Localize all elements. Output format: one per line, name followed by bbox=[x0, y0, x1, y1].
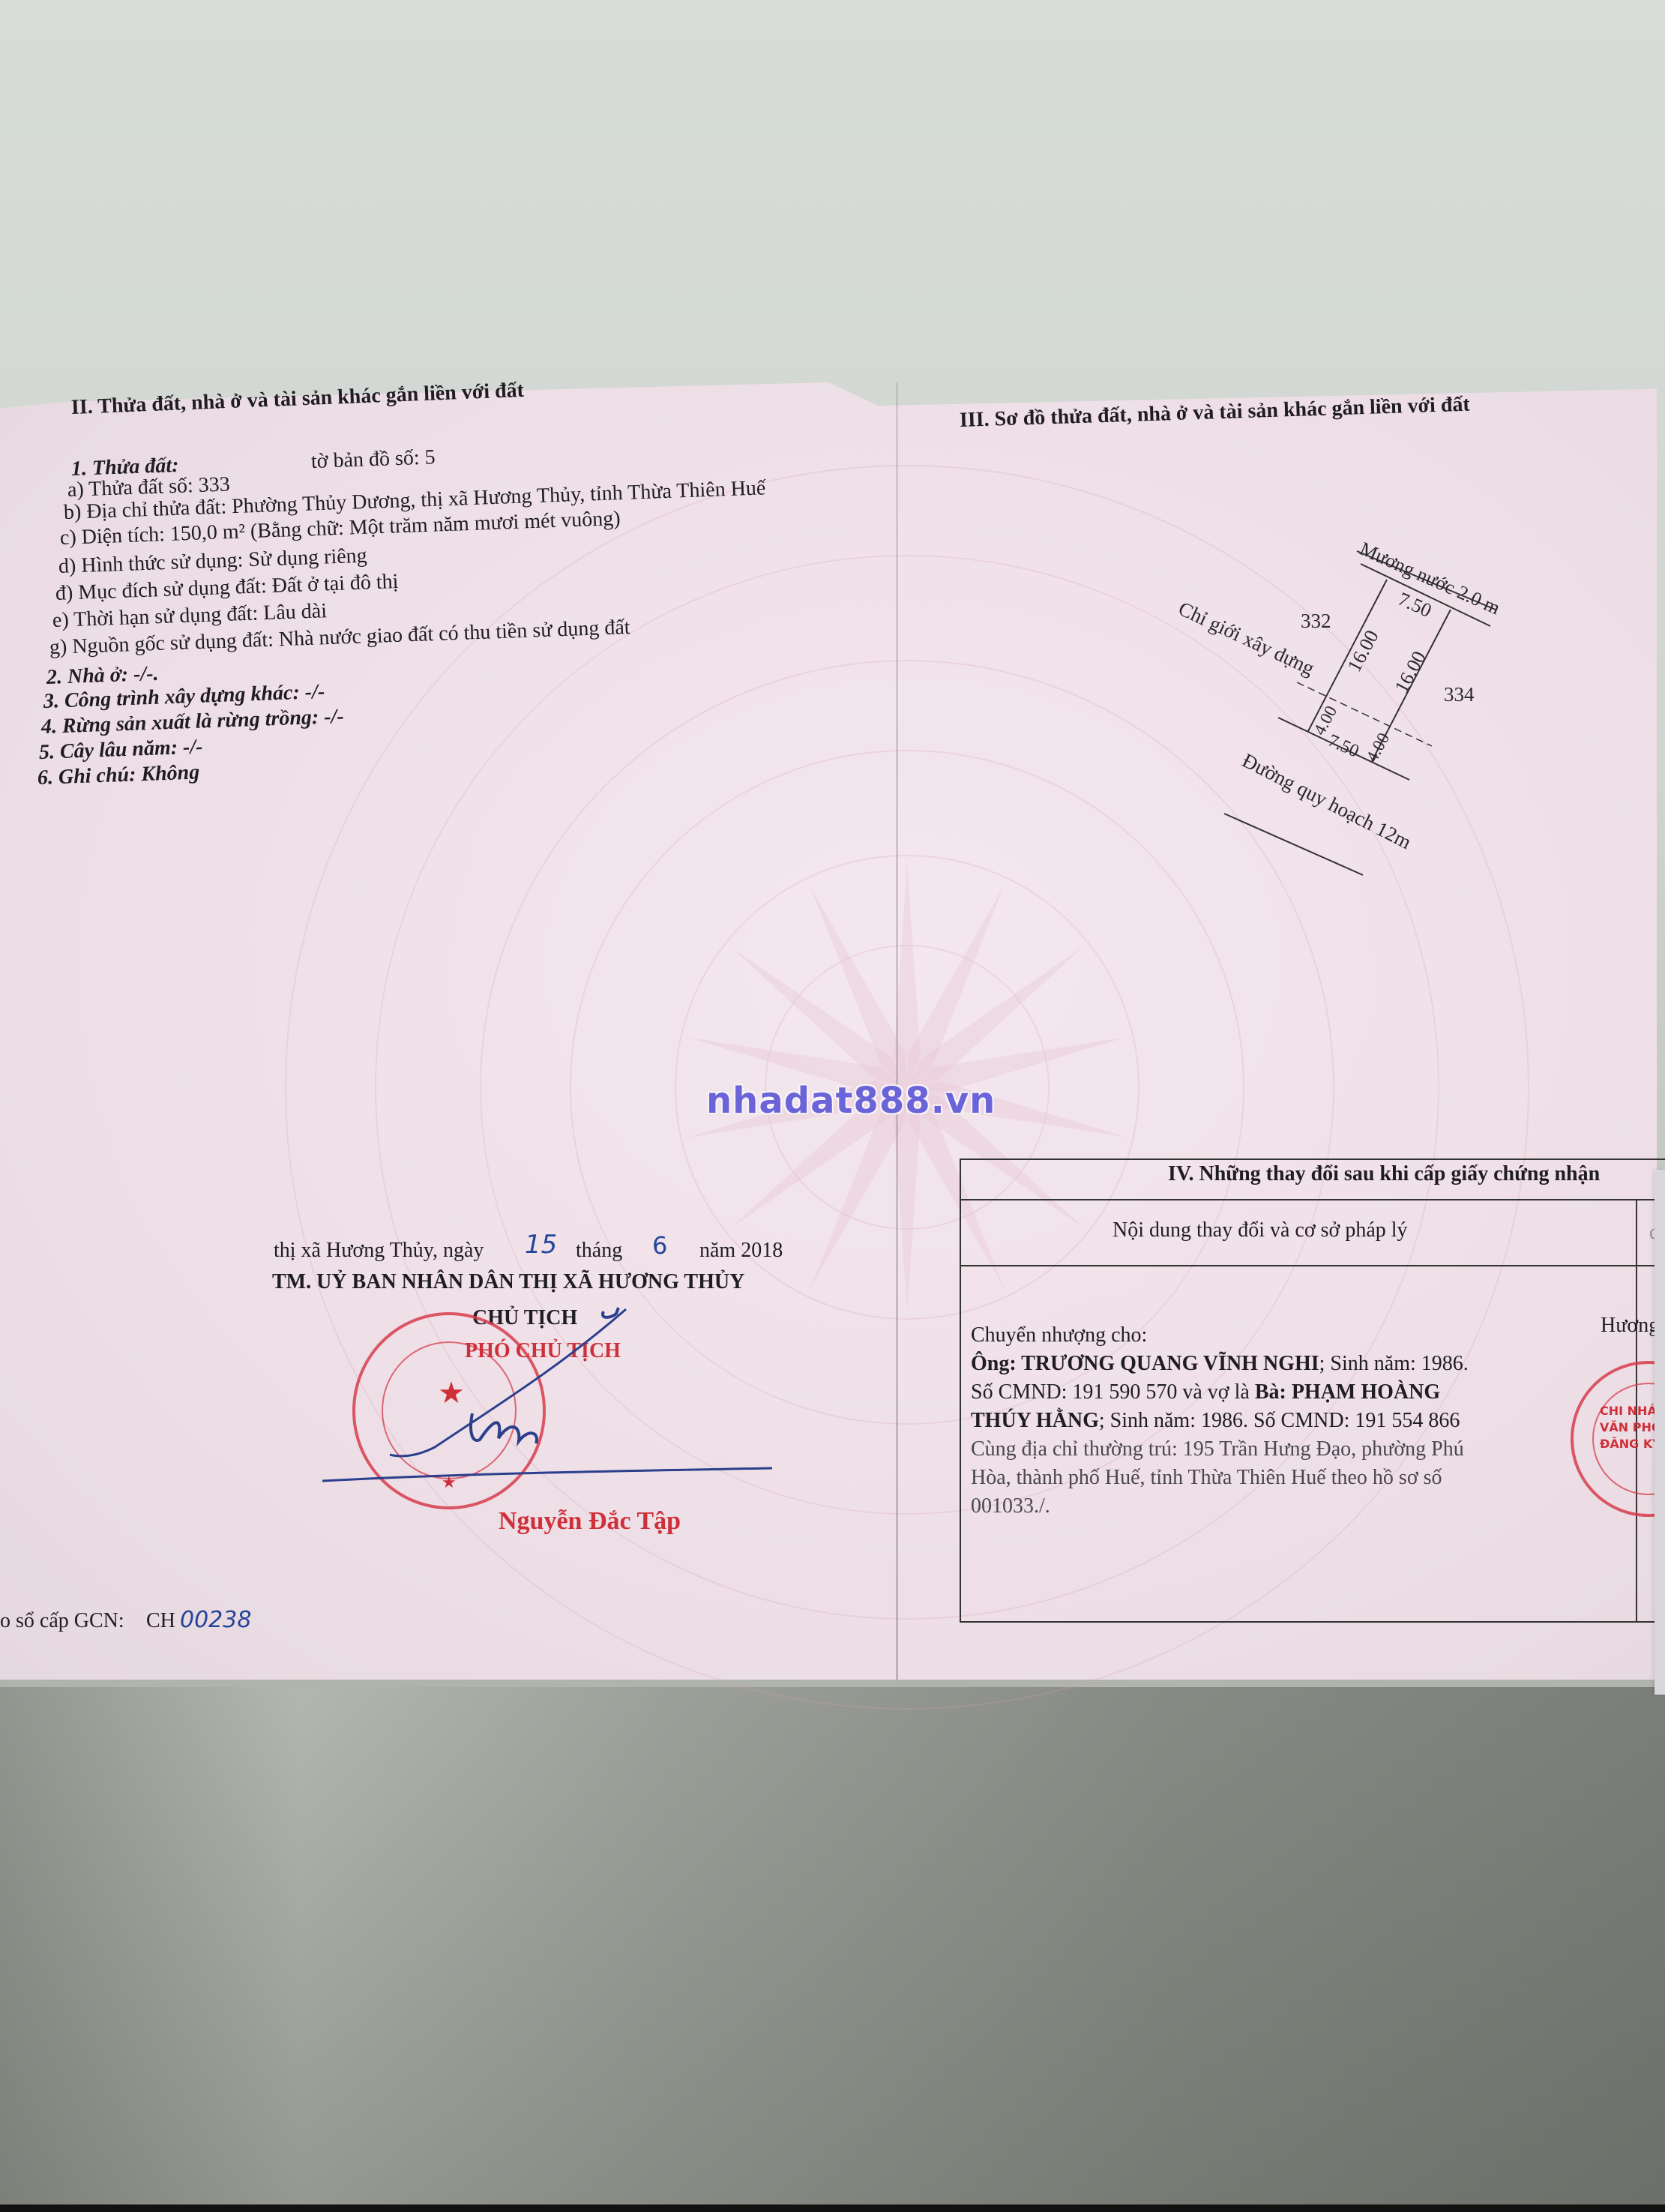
bottom-width-label: 7.50 bbox=[1325, 731, 1362, 762]
gcn-prefix: CH bbox=[146, 1609, 175, 1633]
changes-column-header: Nội dung thay đổi và cơ sở pháp lý bbox=[1112, 1218, 1408, 1242]
page-fold bbox=[896, 382, 898, 1680]
road-label: Đường quy hoạch 12m bbox=[1238, 749, 1415, 854]
spouse-name-part2: THÚY HẰNG bbox=[971, 1409, 1099, 1432]
buyer-name: Ông: TRƯƠNG QUANG VĨNH NGHI bbox=[971, 1352, 1319, 1375]
entry-line3: Số CMND: 191 590 570 và vợ là Bà: PHẠM H… bbox=[971, 1380, 1440, 1404]
spouse-details: ; Sinh năm: 1986. Số CMND: 191 554 866 bbox=[1099, 1409, 1460, 1432]
map-sheet-number: tờ bản đồ số: 5 bbox=[310, 445, 436, 474]
place-date-prefix: thị xã Hương Thủy, ngày bbox=[274, 1239, 484, 1263]
entry-line7: 001033./. bbox=[971, 1494, 1050, 1518]
entry-line5: Cùng địa chỉ thường trú: 195 Trần Hưng Đ… bbox=[971, 1437, 1464, 1461]
entry-line2: Ông: TRƯƠNG QUANG VĨNH NGHI; Sinh năm: 1… bbox=[971, 1352, 1469, 1376]
neighbor-332-label: 332 bbox=[1301, 610, 1331, 632]
entry-line1: Chuyển nhượng cho: bbox=[971, 1323, 1147, 1347]
handwritten-signature bbox=[315, 1305, 780, 1492]
bottom-bar bbox=[0, 2205, 1665, 2212]
buyer-birth-year: ; Sinh năm: 1986. bbox=[1319, 1352, 1469, 1375]
right-length-label: 16.00 bbox=[1391, 648, 1430, 697]
gcn-label: o sổ cấp GCN: bbox=[0, 1609, 124, 1633]
buyer-id: Số CMND: 191 590 570 và vợ là bbox=[971, 1380, 1255, 1404]
top-width-label: 7.50 bbox=[1395, 588, 1435, 622]
issue-day: 15 bbox=[525, 1230, 557, 1260]
gcn-number: 00238 bbox=[180, 1607, 251, 1633]
setback-label: Chỉ giới xây dựng bbox=[1175, 597, 1317, 679]
section4-heading: IV. Những thay đổi sau khi cấp giấy chứn… bbox=[1168, 1162, 1600, 1186]
entry-line6: Hòa, thành phố Huế, tỉnh Thừa Thiên Huế … bbox=[971, 1466, 1442, 1490]
next-page-edge bbox=[1655, 1170, 1665, 1695]
year-label: năm 2018 bbox=[699, 1239, 783, 1263]
neighbor-334-label: 334 bbox=[1444, 683, 1475, 706]
signer-name: Nguyễn Đắc Tập bbox=[499, 1507, 681, 1536]
month-label: tháng bbox=[576, 1239, 622, 1263]
background-shadow bbox=[0, 1687, 1665, 2212]
issuing-authority: TM. UỶ BAN NHÂN DÂN THỊ XÃ HƯƠNG THỦY bbox=[272, 1270, 744, 1294]
issue-month: 6 bbox=[652, 1231, 667, 1260]
watermark-text: nhadat888.vn bbox=[706, 1080, 996, 1122]
side-fragment: Hương bbox=[1601, 1314, 1659, 1338]
entry-line4: THÚY HẰNG; Sinh năm: 1986. Số CMND: 191 … bbox=[971, 1409, 1460, 1433]
spouse-name-part1: Bà: PHẠM HOÀNG bbox=[1255, 1380, 1440, 1404]
parcel-diagram: Mương nước 2.0 m 7.50 332 334 16.00 16.0… bbox=[1162, 532, 1507, 885]
